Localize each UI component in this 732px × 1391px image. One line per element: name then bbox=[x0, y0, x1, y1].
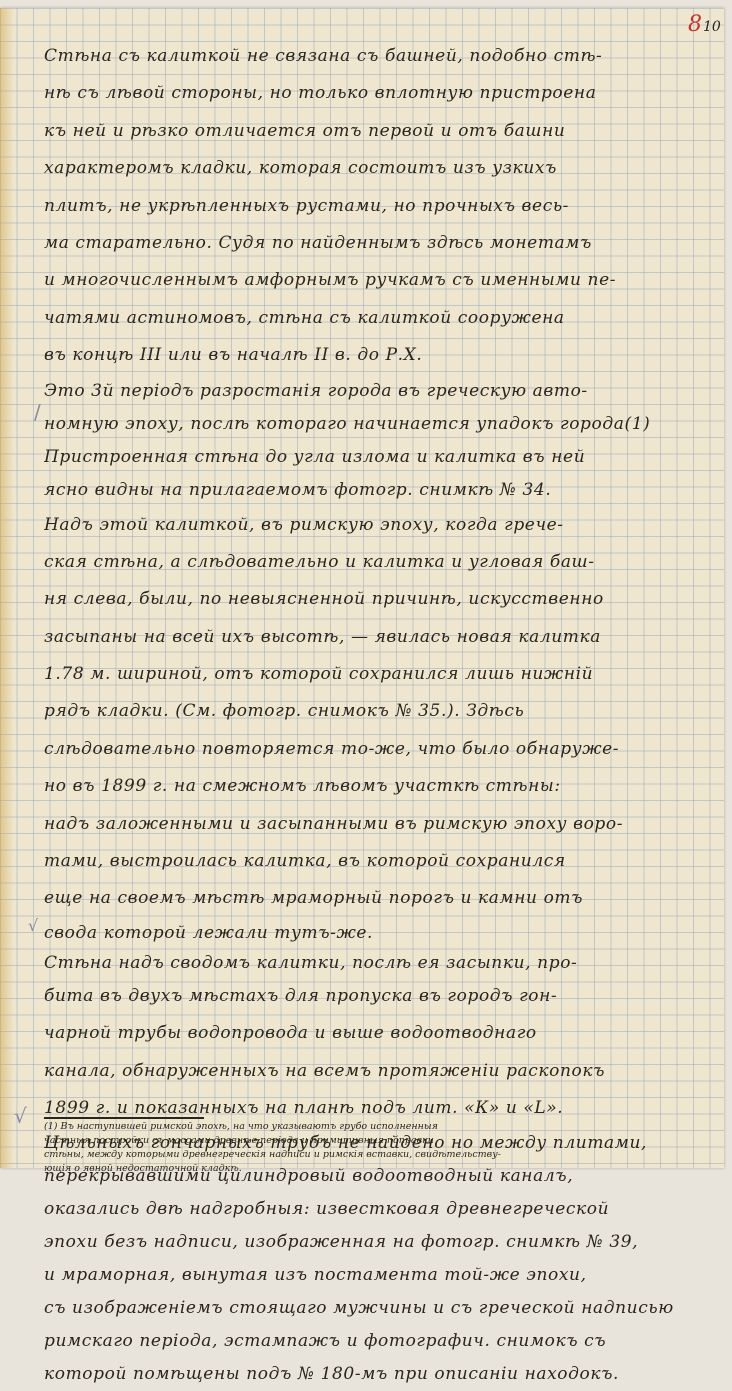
text-line: ня слева, были, по невыясненной причинѣ,… bbox=[44, 581, 712, 618]
footnote-line: ющія о явной недостаточной кладкѣ. bbox=[44, 1162, 694, 1173]
text-line: засыпаны на всей ихъ высотѣ, — явилась н… bbox=[44, 619, 712, 656]
text-line: свода которой лежали тутъ-же. bbox=[44, 918, 712, 948]
text-line: къ ней и рѣзко отличается отъ первой и о… bbox=[44, 113, 712, 150]
text-line: нѣ съ лѣвой стороны, но только вплотную … bbox=[44, 75, 712, 112]
margin-check-mark: √ bbox=[28, 916, 38, 935]
text-line: слѣдовательно повторяется то-же, что был… bbox=[44, 731, 712, 768]
text-line: плитъ, не укрѣпленныхъ рустами, но прочн… bbox=[44, 188, 712, 225]
text-line: рядъ кладки. (См. фотогр. снимокъ № 35.)… bbox=[44, 693, 712, 730]
text-line: канала, обнаруженныхъ на всемъ протяжені… bbox=[44, 1053, 712, 1090]
margin-check-mark: √ bbox=[14, 1104, 27, 1128]
text-line: Пристроенная стѣна до угла излома и кали… bbox=[44, 441, 712, 474]
text-line: ма старательно. Судя по найденнымъ здѣсь… bbox=[44, 225, 712, 262]
text-line: надъ заложенными и засыпанными въ римску… bbox=[44, 806, 712, 843]
text-line: характеромъ кладки, которая состоитъ изъ… bbox=[44, 150, 712, 187]
text-line: номную эпоху, послѣ котораго начинается … bbox=[44, 408, 712, 441]
text-line: чарной трубы водопровода и выше водоотво… bbox=[44, 1015, 712, 1052]
text-line: и многочисленнымъ амфорнымъ ручкамъ съ и… bbox=[44, 262, 712, 299]
page-number: 810 bbox=[688, 12, 721, 37]
text-line: ясно видны на прилагаемомъ фотогр. снимк… bbox=[44, 474, 712, 507]
text-line: но въ 1899 г. на смежномъ лѣвомъ участкѣ… bbox=[44, 768, 712, 805]
text-line: Надъ этой калиткой, въ римскую эпоху, ко… bbox=[44, 507, 712, 544]
text-line: еще на своемъ мѣстѣ мраморный порогъ и к… bbox=[44, 880, 712, 917]
margin-check-mark: / bbox=[34, 400, 41, 424]
text-line: Стѣна съ калиткой не связана съ башней, … bbox=[44, 38, 712, 75]
footnote-line: (1) Въ наступившей римской эпохѣ, на что… bbox=[44, 1120, 694, 1134]
text-line: 1.78 м. шириной, отъ которой сохранился … bbox=[44, 656, 712, 693]
text-line: тами, выстроилась калитка, въ которой со… bbox=[44, 843, 712, 880]
text-line: Это 3й періодъ разростанія города въ гре… bbox=[44, 375, 712, 408]
text-line: Стѣна надъ сводомъ калитки, послѣ ея зас… bbox=[44, 948, 712, 978]
footnote: (1) Въ наступившей римской эпохѣ, на что… bbox=[44, 1120, 694, 1173]
page-number-red: 8 bbox=[688, 12, 702, 37]
text-line: чатями астиномовъ, стѣна съ калиткой соо… bbox=[44, 300, 712, 337]
manuscript-page: 810 / √ √ Стѣна съ калиткой не связана с… bbox=[0, 8, 724, 1168]
handwritten-body: Стѣна съ калиткой не связана съ башней, … bbox=[44, 38, 712, 1173]
footnote-line: стѣны, между которыми древнегреческія на… bbox=[44, 1148, 694, 1162]
text-line: въ концѣ III или въ началѣ II в. до Р.Х. bbox=[44, 337, 712, 374]
text-line: ская стѣна, а слѣдовательно и калитка и … bbox=[44, 544, 712, 581]
page-number-black: 10 bbox=[703, 19, 721, 35]
footnote-divider bbox=[44, 1117, 204, 1119]
footnote-line: частныя постройки съ массами древнѣе пер… bbox=[44, 1134, 694, 1148]
text-line: бита въ двухъ мѣстахъ для пропуска въ го… bbox=[44, 978, 712, 1015]
